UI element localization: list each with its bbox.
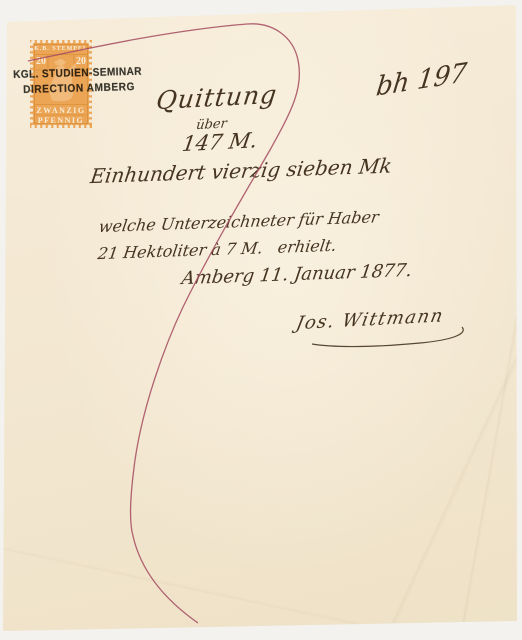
stamp-header-text: K.B. STEMPEL [30, 46, 92, 52]
handwritten-title: Quittung [155, 82, 279, 114]
stamp-denomination-1: ZWANZIG [30, 107, 92, 115]
stamp-value-left: 20 [34, 57, 48, 67]
handwritten-amount: 147 M. [181, 130, 259, 155]
stamp-value-right: 20 [74, 57, 88, 67]
scanned-receipt: K.B. STEMPEL 20 20 ZWANZIG PFENNIG KGL. … [0, 0, 522, 640]
stamp-denomination-2: PFENNIG [30, 117, 92, 125]
